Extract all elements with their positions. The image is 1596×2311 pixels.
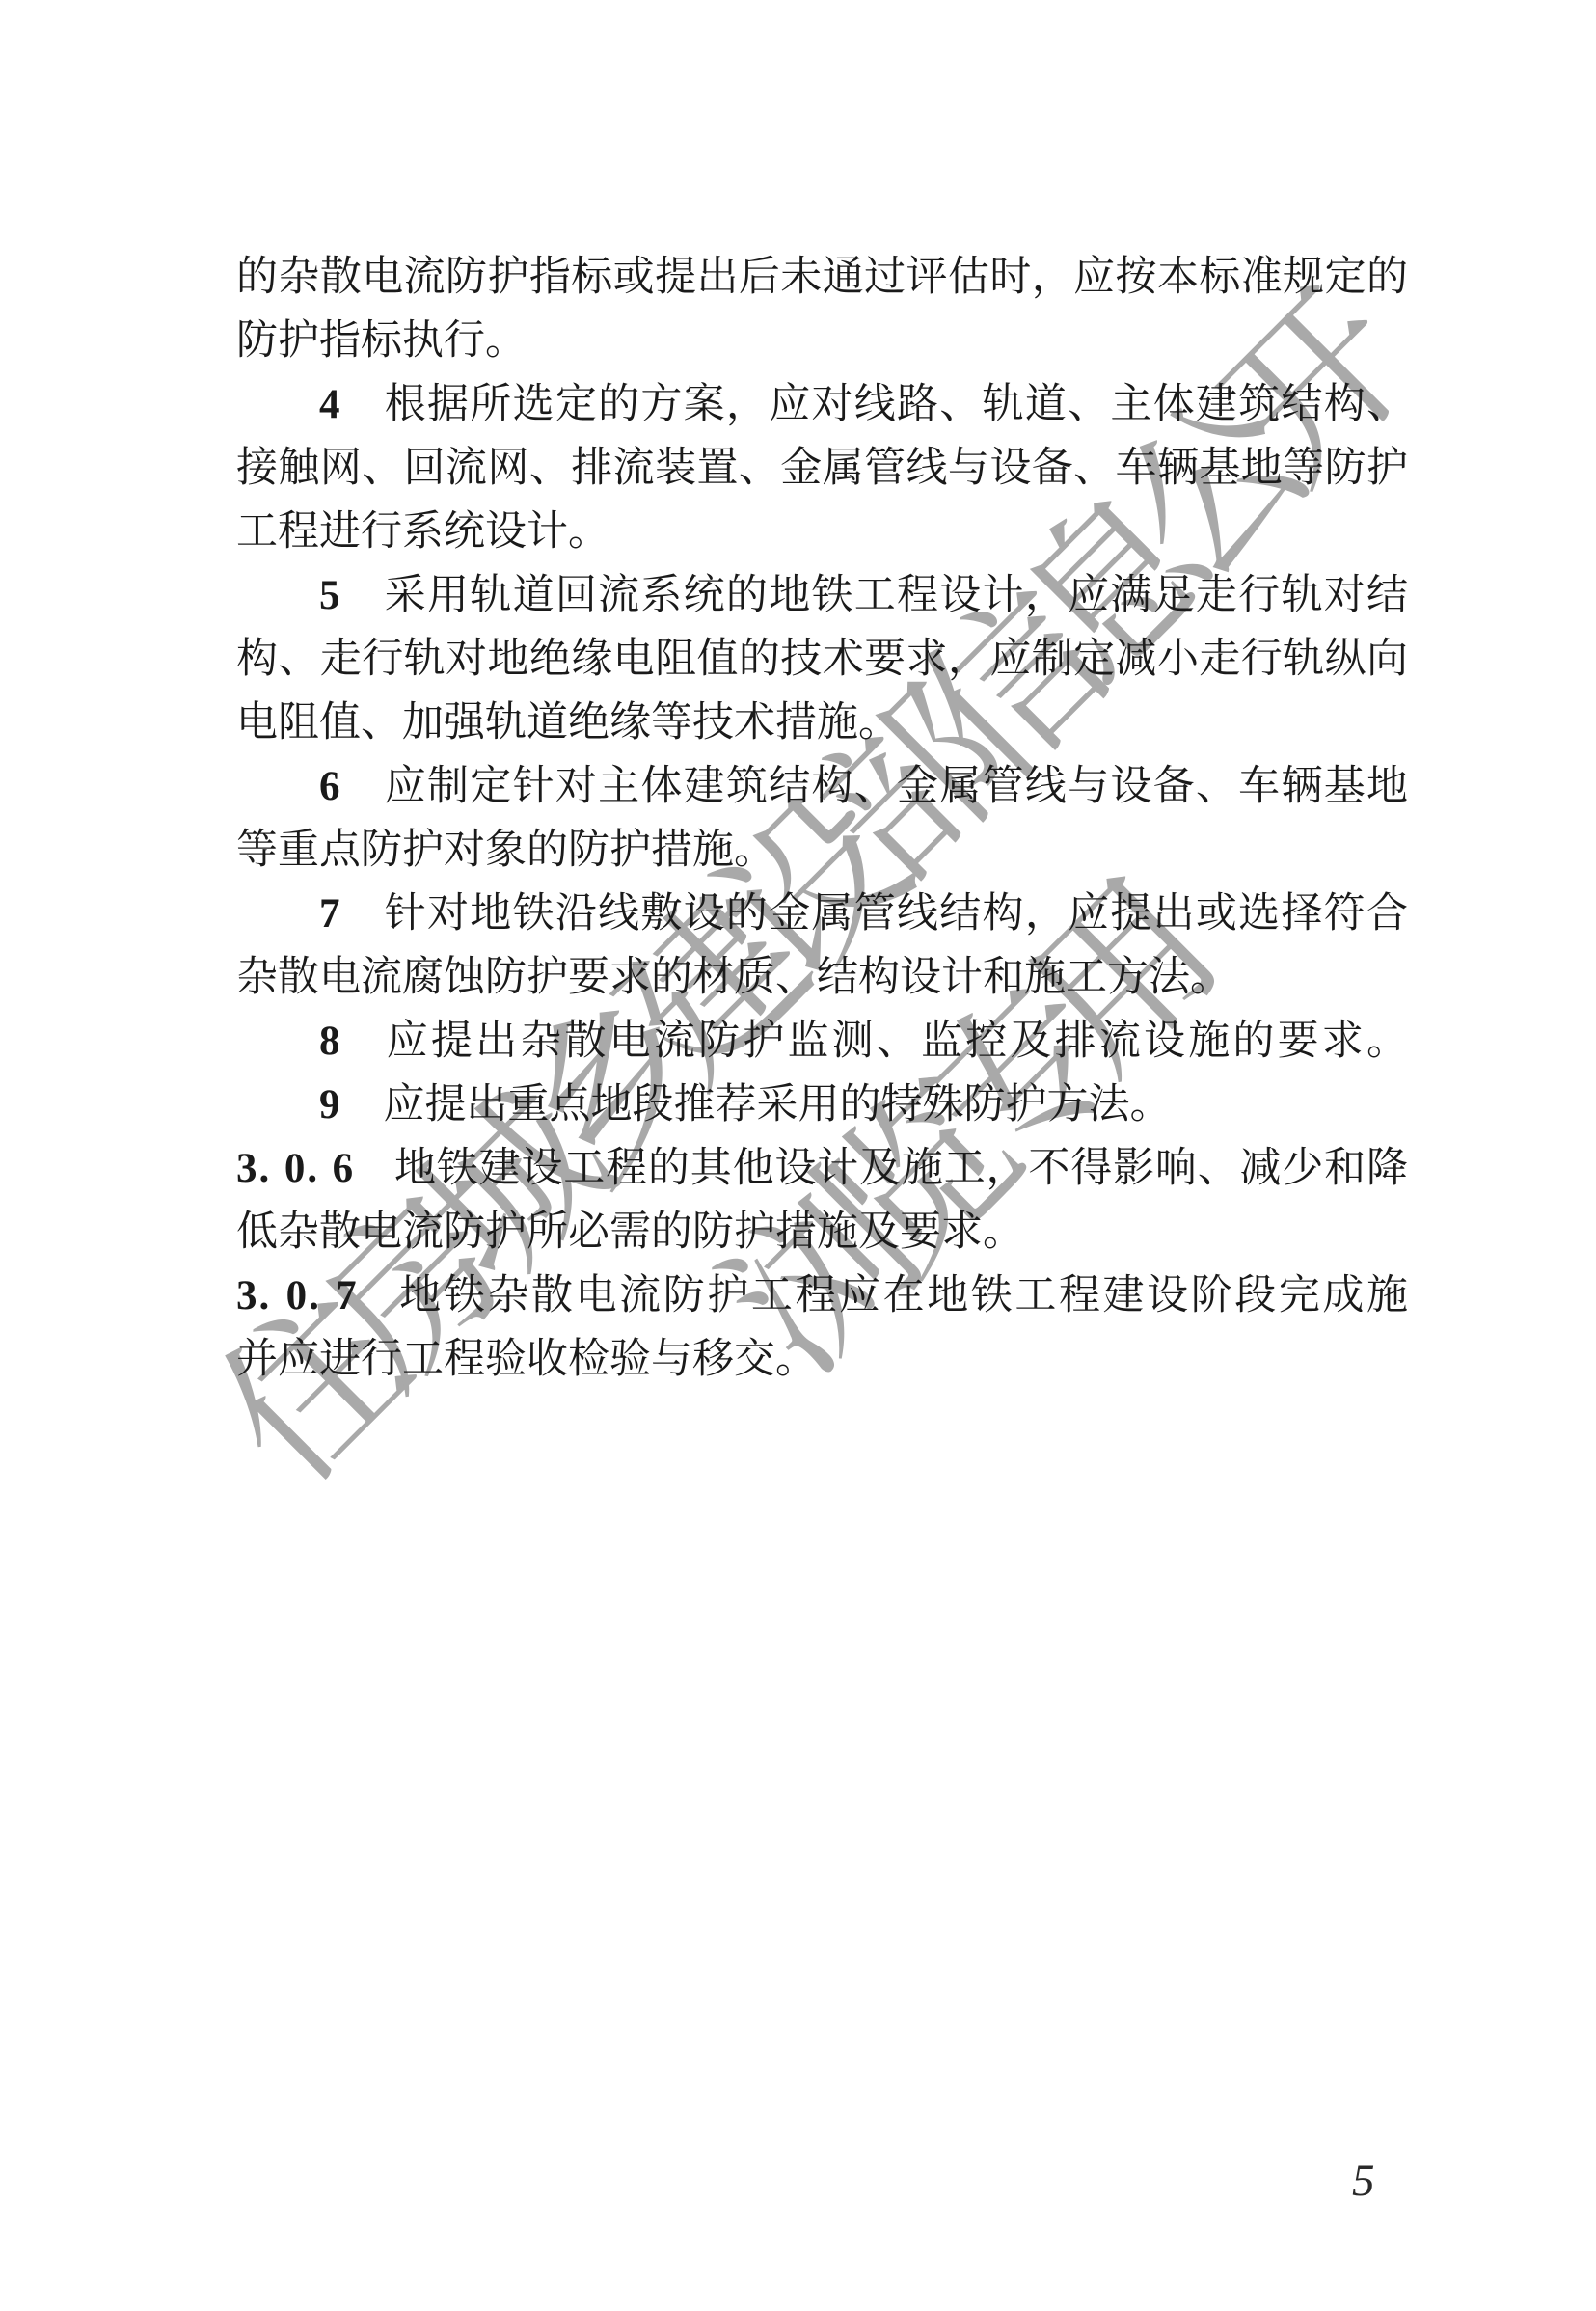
text-line: 8应提出杂散电流防护监测、监控及排流设施的要求。 bbox=[236, 1010, 1408, 1074]
line-text: 根据所选定的方案，应对线路、轨道、主体建筑结构、 bbox=[384, 382, 1409, 427]
text-line: 9应提出重点地段推荐采用的特殊防护方法。 bbox=[236, 1074, 1408, 1137]
text-line: 5采用轨道回流系统的地铁工程设计，应满足走行轨对结 bbox=[236, 564, 1408, 628]
item-number: 8 bbox=[319, 1019, 340, 1064]
item-number: 4 bbox=[319, 382, 340, 427]
text-line: 4根据所选定的方案，应对线路、轨道、主体建筑结构、 bbox=[236, 373, 1408, 437]
text-line: 等重点防护对象的防护措施。 bbox=[236, 819, 1408, 883]
item-number: 6 bbox=[319, 764, 340, 809]
text-line: 防护指标执行。 bbox=[236, 310, 1408, 373]
line-text: 地铁杂散电流防护工程应在地铁工程建设阶段完成施工， bbox=[236, 1273, 1408, 1328]
text-line: 杂散电流腐蚀防护要求的材质、结构设计和施工方法。 bbox=[236, 946, 1408, 1010]
text-line: 的杂散电流防护指标或提出后未通过评估时，应按本标准规定的 bbox=[236, 246, 1408, 310]
clause-number: 3. 0. 7 bbox=[236, 1273, 359, 1319]
line-text: 应提出杂散电流防护监测、监控及排流设施的要求。 bbox=[384, 1019, 1409, 1064]
text-line: 构、走行轨对地绝缘电阻值的技术要求，应制定减小走行轨纵向 bbox=[236, 628, 1408, 692]
clause-number: 3. 0. 6 bbox=[236, 1146, 355, 1191]
text-line: 接触网、回流网、排流装置、金属管线与设备、车辆基地等防护 bbox=[236, 437, 1408, 501]
line-text: 针对地铁沿线敷设的金属管线结构，应提出或选择符合 bbox=[384, 891, 1409, 937]
document-page: 住房城乡建设部信息公开 浏览专用 的杂散电流防护指标或提出后未通过评估时，应按本… bbox=[0, 0, 1596, 2311]
line-text: 应制定针对主体建筑结构、金属管线与设备、车辆基地 bbox=[384, 764, 1409, 809]
page-number: 5 bbox=[1352, 2157, 1375, 2207]
text-line: 7针对地铁沿线敷设的金属管线结构，应提出或选择符合 bbox=[236, 883, 1408, 946]
text-line: 电阻值、加强轨道绝缘等技术措施。 bbox=[236, 692, 1408, 755]
text-line: 并应进行工程验收检验与移交。 bbox=[236, 1328, 1408, 1392]
line-text: 地铁建设工程的其他设计及施工，不得影响、减少和降 bbox=[393, 1146, 1408, 1191]
text-line: 3. 0. 7地铁杂散电流防护工程应在地铁工程建设阶段完成施工， bbox=[236, 1264, 1408, 1328]
line-text: 采用轨道回流系统的地铁工程设计，应满足走行轨对结 bbox=[384, 573, 1409, 618]
text-block: 的杂散电流防护指标或提出后未通过评估时，应按本标准规定的 防护指标执行。 4根据… bbox=[236, 246, 1408, 1392]
item-number: 5 bbox=[319, 573, 340, 618]
text-line: 工程进行系统设计。 bbox=[236, 501, 1408, 564]
text-line: 3. 0. 6地铁建设工程的其他设计及施工，不得影响、减少和降 bbox=[236, 1137, 1408, 1201]
item-number: 9 bbox=[319, 1082, 340, 1128]
text-line: 6应制定针对主体建筑结构、金属管线与设备、车辆基地 bbox=[236, 755, 1408, 819]
line-text: 应提出重点地段推荐采用的特殊防护方法。 bbox=[384, 1082, 1172, 1128]
item-number: 7 bbox=[319, 891, 340, 937]
text-line: 低杂散电流防护所必需的防护措施及要求。 bbox=[236, 1201, 1408, 1264]
